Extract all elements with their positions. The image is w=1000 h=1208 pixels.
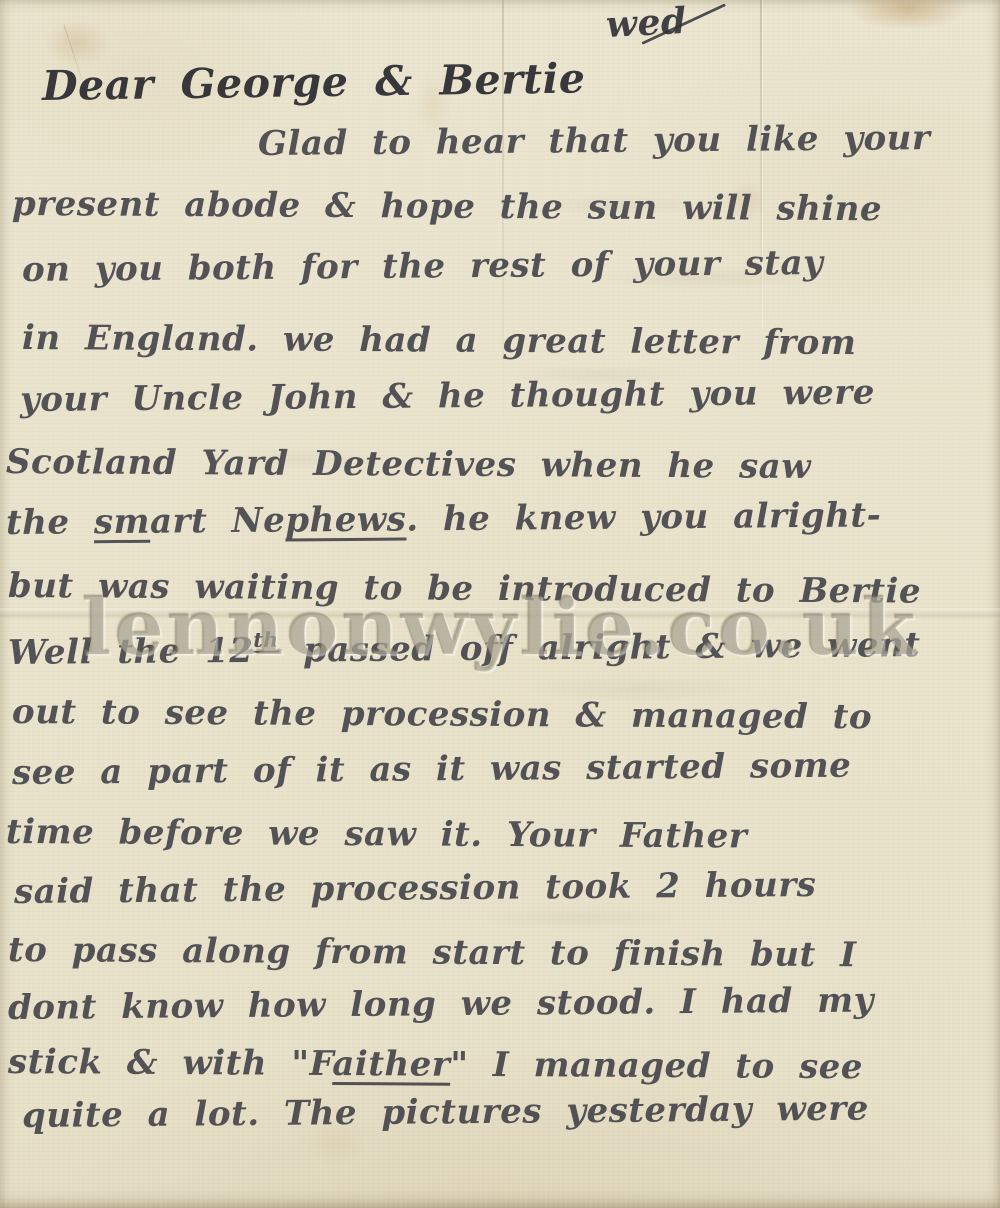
letter-line-segment: in England. we had a great letter from	[22, 318, 857, 363]
letter-line-segment: stick & with "F	[8, 1042, 333, 1084]
letter-line-segment: but was waiting to be introduced to Bert…	[8, 566, 921, 612]
letter-line: quite a lot. The pictures yesterday were	[22, 1089, 869, 1136]
salutation: Dear George & Bertie	[42, 54, 586, 110]
letter-line-segment: " I managed to see	[450, 1045, 863, 1088]
letter-line: see a part of it as it was started some	[12, 746, 852, 793]
letter-line: but was waiting to be introduced to Bert…	[8, 566, 921, 612]
letter-line: the smart Nephews. he knew you alright-	[6, 495, 882, 543]
letter-line-segment: Glad to hear that you like your	[258, 118, 931, 164]
letter-line-segment: art	[150, 501, 232, 542]
letter-line-segment: phews	[285, 500, 406, 541]
letter-line: in England. we had a great letter from	[22, 318, 857, 363]
letter-line: present abode & hope the sun will shine	[12, 184, 882, 229]
letter-line-segment: Scotland Yard Detectives when he saw	[6, 442, 811, 487]
letter-line: on you both for the rest of your stay	[22, 243, 824, 290]
letter-line-segment: on you both for the rest of your stay	[22, 243, 824, 290]
letter-line-segment: aither	[332, 1044, 450, 1085]
letter-line-segment: dont know how long we stood. I had my	[8, 980, 874, 1028]
letter-line: to pass along from start to finish but I	[8, 930, 857, 975]
letter-line: time before we saw it. Your Father	[6, 812, 747, 857]
letter-line: Glad to hear that you like your	[258, 118, 931, 164]
letter-line-segment: see a part of it as it was started some	[12, 746, 852, 793]
letter-line-segment: to pass along from start to finish but I	[8, 930, 857, 975]
letter-line: dont know how long we stood. I had my	[8, 980, 874, 1028]
letter-line-segment: the	[6, 502, 94, 543]
letter-line: out to see the procession & managed to	[12, 692, 872, 737]
letter-line: Well the 12th passed off alright & we we…	[8, 622, 921, 673]
letter-line-segment: out to see the procession & managed to	[12, 692, 872, 737]
letter-line: stick & with "Faither" I managed to see	[8, 1042, 863, 1087]
letter-line: your Uncle John & he thought you were	[20, 373, 875, 420]
letter-line-segment: time before we saw it. Your Father	[6, 812, 747, 857]
letter-line-segment: quite a lot. The pictures yesterday were	[22, 1089, 869, 1136]
letter-line-segment: Ne	[231, 501, 285, 541]
paper-stain	[44, 20, 110, 66]
letter-line-segment: present abode & hope the sun will shine	[12, 184, 882, 229]
letter-line-segment: sm	[94, 502, 150, 542]
letter-line-segment: said that the procession took 2 hours	[14, 865, 817, 912]
letter-line: Scotland Yard Detectives when he saw	[6, 442, 811, 487]
letter-line: said that the procession took 2 hours	[14, 865, 817, 912]
letter-line-segment: your Uncle John & he thought you were	[20, 373, 875, 420]
letter-paper: wed Dear George & Bertie Glad to hear th…	[0, 0, 1000, 1208]
letter-line-segment: . he knew you alright-	[406, 495, 881, 539]
letter-line-segment: th	[253, 628, 278, 652]
letter-line-segment: passed off alright & we went	[279, 625, 921, 671]
letter-line-segment: Well the 12	[8, 631, 254, 673]
paper-stain	[848, 0, 968, 30]
